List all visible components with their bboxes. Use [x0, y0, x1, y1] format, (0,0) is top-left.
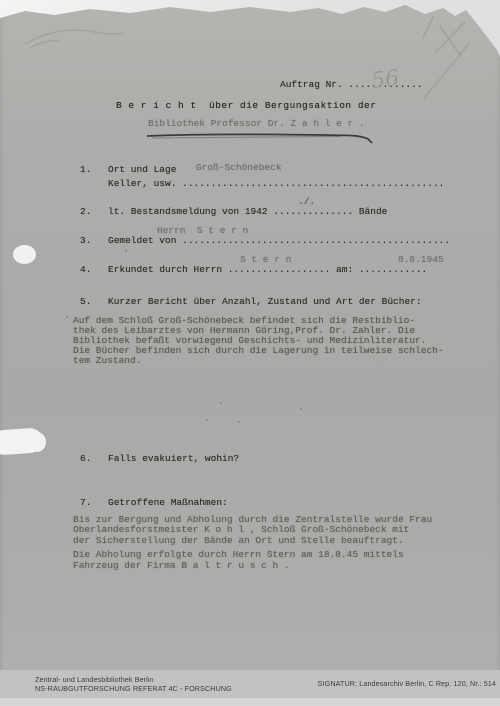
footer-bottom-strip [0, 698, 500, 706]
scanned-document-page: Auftrag Nr. ............. B e r i c h t … [0, 0, 500, 706]
item-1-label-2: Keller, usw. ...........................… [108, 178, 444, 189]
item-4-value-name: S t e r n [240, 254, 291, 265]
item-7-label: Getroffene Maßnahmen: [108, 497, 228, 508]
item-3-label: Gemeldet von ...........................… [108, 235, 450, 246]
report-subtitle: Bibliothek Professor Dr. Z a h l e r . [148, 118, 365, 129]
item-6-number: 6. [80, 453, 91, 464]
item-1-value: Groß-Schönebeck [196, 162, 282, 173]
scan-speck [238, 421, 240, 423]
scan-speck [220, 402, 222, 404]
item-2-number: 2. [80, 206, 91, 217]
scan-speck [300, 408, 302, 410]
footer-department: NS-RAUBGUTFORSCHUNG REFERAT 4C - FORSCHU… [35, 684, 232, 693]
measures-line: Fahrzeug der Firma B a l t r u s c h . [73, 560, 290, 571]
measures-line: Die Abholung erfolgte durch Herrn Stern … [73, 549, 404, 560]
measures-line: Oberlandesforstmeister K o h l , Schloß … [73, 524, 409, 535]
item-1-label: Ort und Lage [108, 164, 176, 175]
punch-hole-bottom-2 [28, 432, 46, 452]
report-line: tem Zustand. [73, 355, 141, 366]
item-3-number: 3. [80, 235, 91, 246]
scan-speck [206, 419, 208, 421]
scan-speck [66, 316, 68, 318]
item-7-number: 7. [80, 497, 91, 508]
item-4-label: Erkundet durch Herrn .................. … [108, 264, 427, 275]
item-2-label: lt. Bestandsmeldung von 1942 ...........… [108, 206, 387, 217]
footer-signature: SIGNATUR: Landesarchiv Berlin, C Rep. 12… [318, 679, 496, 688]
punch-hole-top [13, 245, 36, 264]
measures-line: der Sicherstellung der Bände an Ort und … [73, 535, 404, 546]
footer-library-name: Zentral- und Landesbibliothek Berlin [35, 675, 154, 684]
item-5-label: Kurzer Bericht über Anzahl, Zustand und … [108, 296, 422, 307]
item-4-number: 4. [80, 264, 91, 275]
item-6-label: Falls evakuiert, wohin? [108, 453, 239, 464]
item-1-number: 1. [80, 164, 91, 175]
item-2-value: ./. [298, 196, 315, 207]
scan-speck [125, 250, 127, 252]
item-3-value: Herrn S t e r n [157, 225, 248, 236]
report-title: B e r i c h t über die Bergungsaktion de… [116, 100, 376, 111]
item-4-value-date: 8.8.1945 [398, 254, 444, 265]
order-number-line: Auftrag Nr. ............. [280, 79, 423, 90]
item-5-number: 5. [80, 296, 91, 307]
